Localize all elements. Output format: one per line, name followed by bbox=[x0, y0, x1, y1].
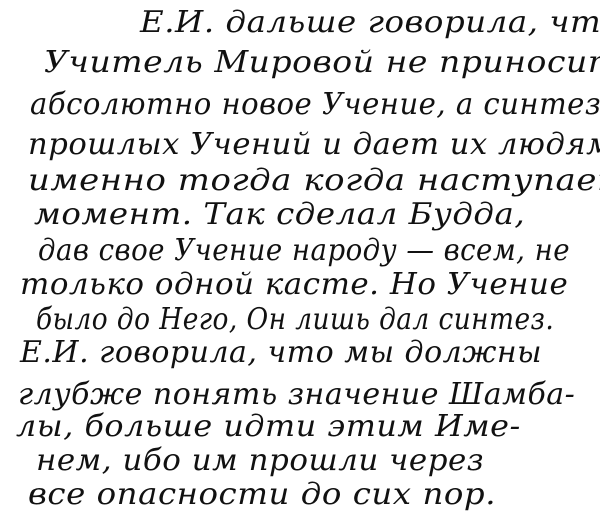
manuscript-line-7: дав свое Учение народу — всем, не bbox=[38, 234, 570, 268]
manuscript-line-4: прошлых Учений и дает их людям bbox=[28, 128, 600, 162]
manuscript-line-14: все опасности до сих пор. bbox=[28, 478, 496, 512]
manuscript-line-10: Е.И. говорила, что мы должны bbox=[20, 336, 542, 370]
manuscript-line-5: именно тогда когда наступает bbox=[28, 164, 600, 198]
manuscript-line-8: только одной касте. Но Учение bbox=[20, 268, 568, 302]
manuscript-line-12: лы, больше идти этим Име- bbox=[16, 410, 521, 444]
manuscript-line-11: глубже понять значение Шамба- bbox=[18, 378, 575, 412]
manuscript-line-6: момент. Так сделал Будда, bbox=[34, 198, 525, 232]
manuscript-line-1: Е.И. дальше говорила, что bbox=[140, 6, 600, 40]
manuscript-line-2: Учитель Мировой не приносит bbox=[44, 46, 600, 80]
manuscript-line-13: нем, ибо им прошли через bbox=[36, 444, 484, 478]
manuscript-page: Е.И. дальше говорила, что Учитель Мирово… bbox=[0, 0, 600, 519]
manuscript-line-3: абсолютно новое Учение, а синтез bbox=[30, 88, 600, 122]
manuscript-line-9: было до Него, Он лишь дал синтез. bbox=[36, 303, 554, 337]
